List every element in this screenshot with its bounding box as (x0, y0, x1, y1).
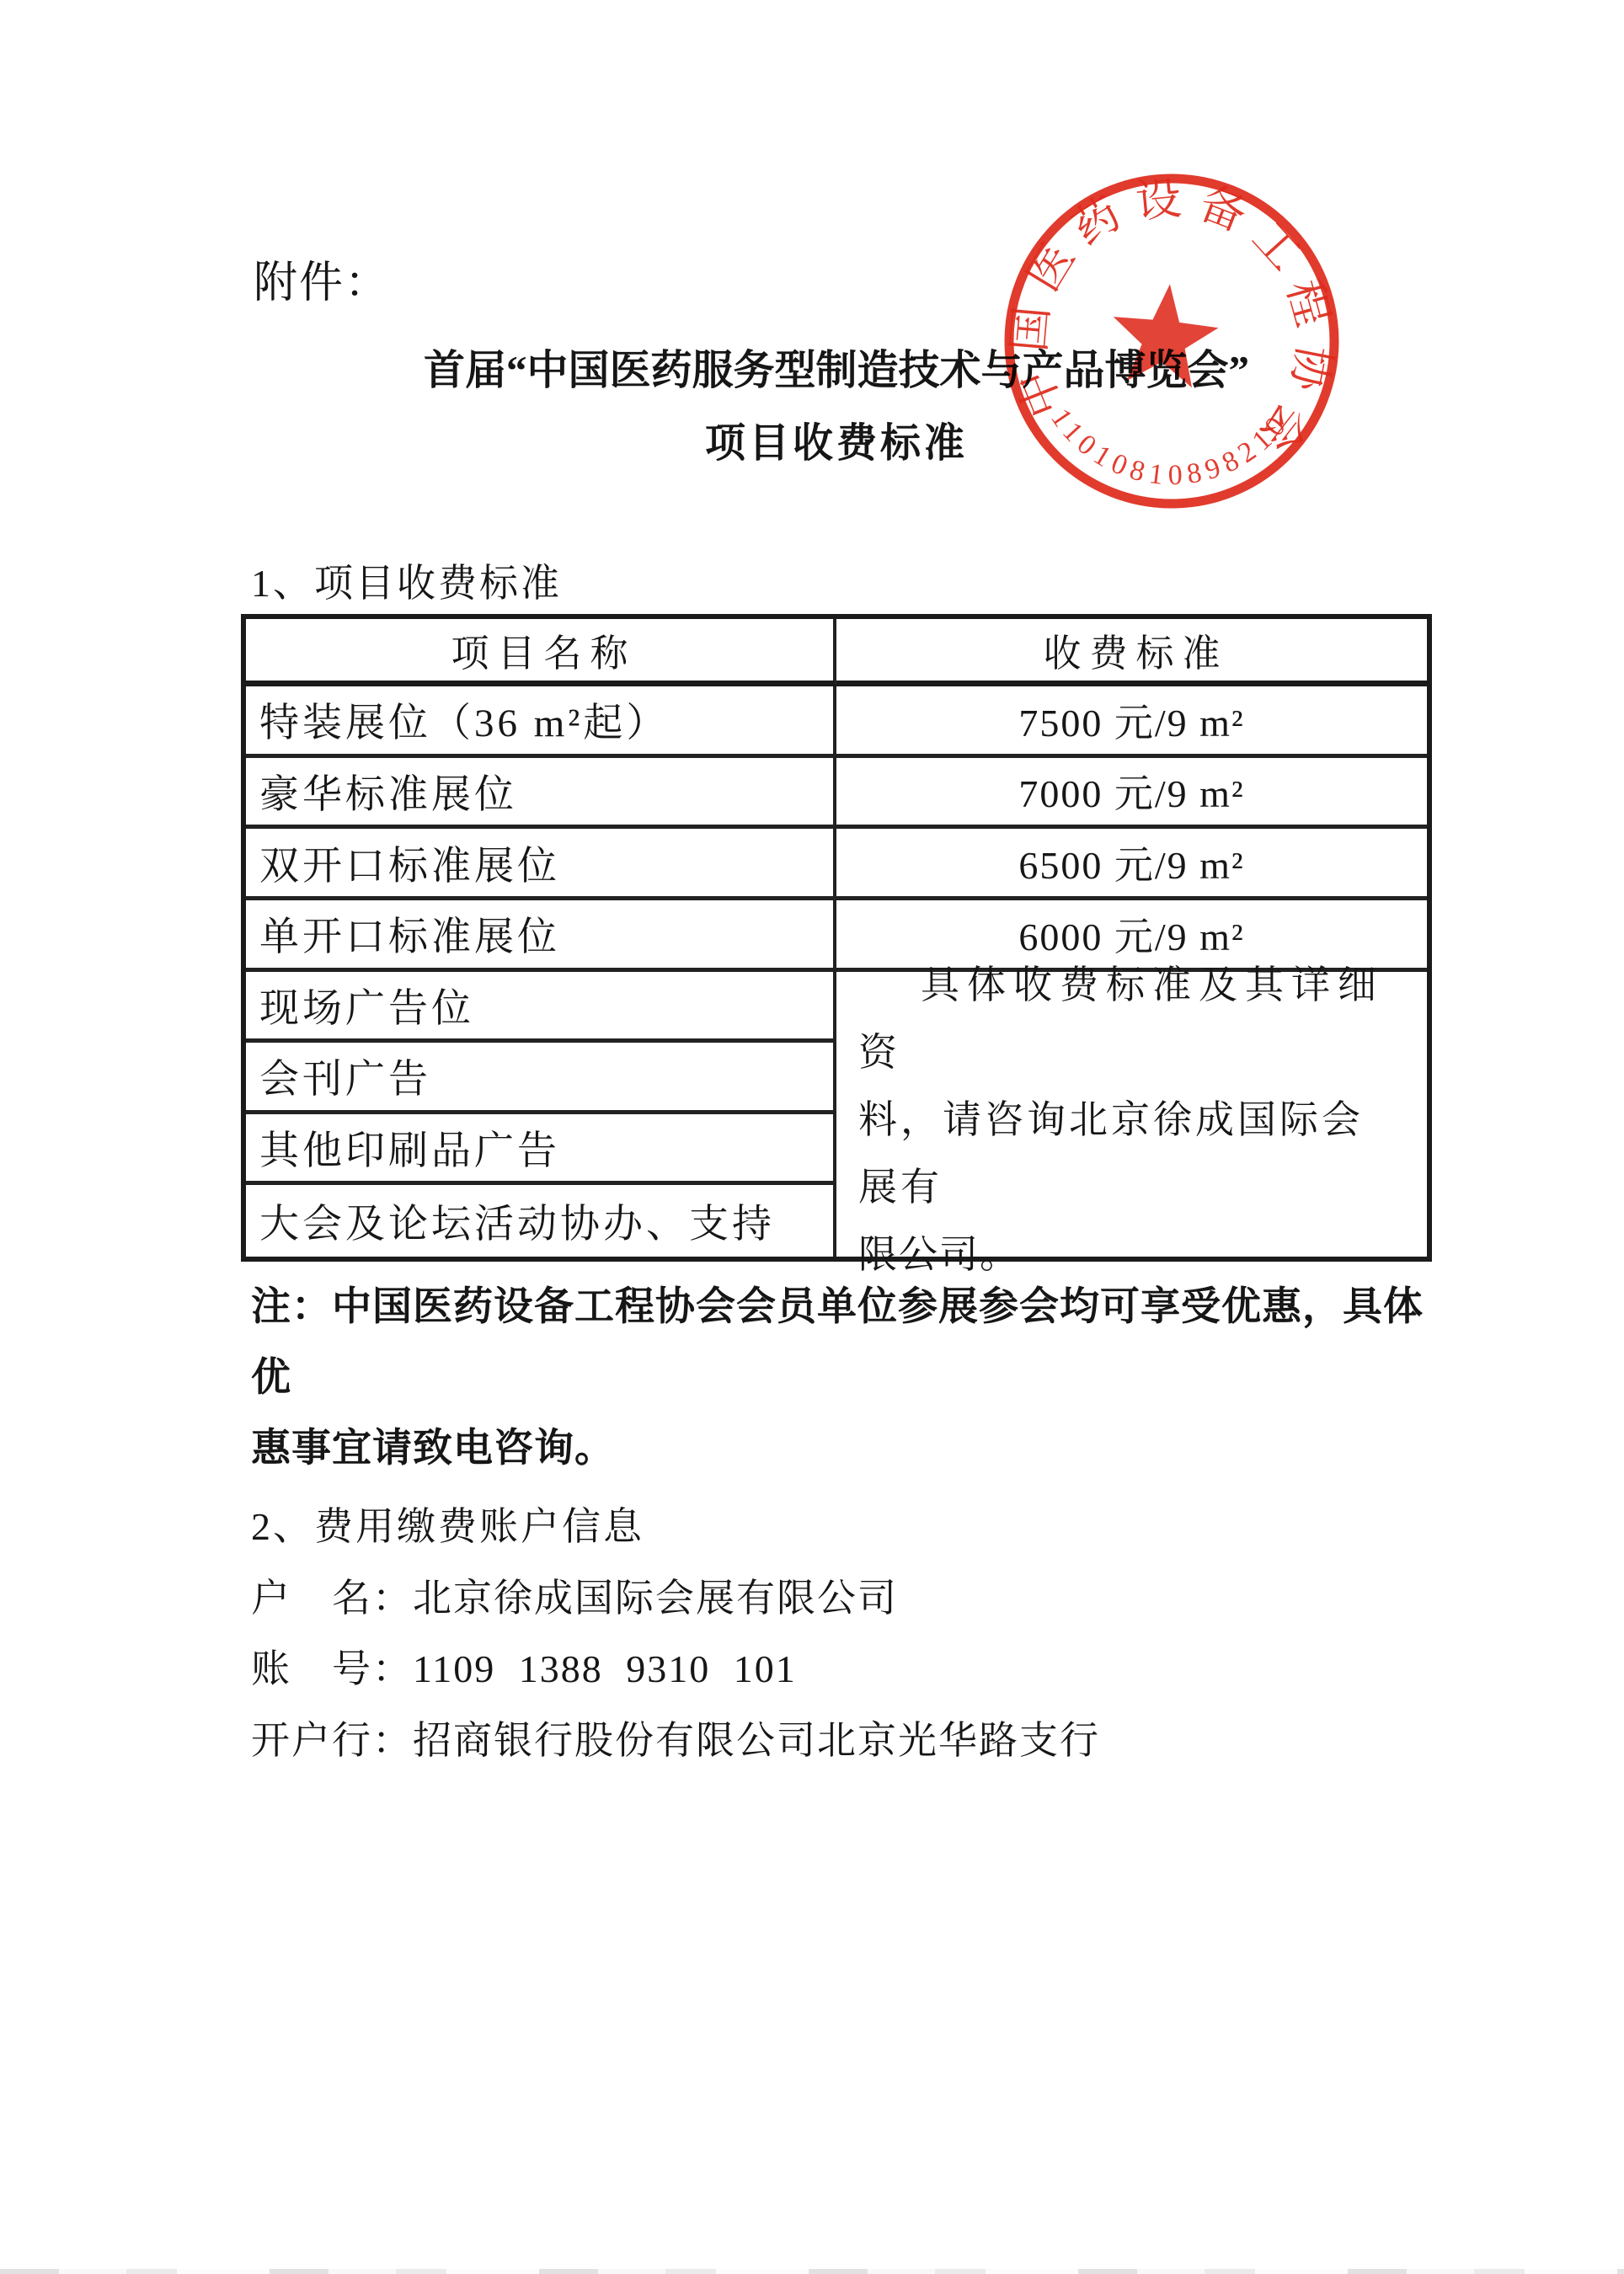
table-row-name: 大会及论坛活动协办、支持 (246, 1185, 836, 1257)
document-subtitle: 项目收费标准 (241, 419, 1432, 468)
table-row-name: 其他印刷品广告 (246, 1114, 836, 1186)
attachment-label: 附件： (254, 257, 390, 311)
scan-artifact (0, 2269, 1624, 2274)
table-row-name: 特装展位（36 m²起） (246, 686, 836, 758)
account-number-line: 账 号：1109 1388 9310 101 (251, 1645, 797, 1694)
table-row-fee: 7000 元/9 m² (836, 758, 1427, 830)
consult-note-line: 具体收费标准及其详细资 (858, 952, 1405, 1086)
fee-table: 项目名称 收费标准 特装展位（36 m²起） 7500 元/9 m² 豪华标准展… (241, 614, 1432, 1262)
document-page: 附件： 首届“中国医药服务型制造技术与产品博览会” 项目收费标准 1、项目收费标… (0, 0, 1624, 2274)
merged-consult-note-cell: 具体收费标准及其详细资 料，请咨询北京徐成国际会展有 限公司。 (836, 972, 1427, 1257)
table-row-name: 单开口标准展位 (246, 900, 836, 972)
table-header-fee-standard: 收费标准 (836, 619, 1427, 686)
note-line: 惠事宜请致电咨询。 (251, 1413, 1447, 1484)
bank-branch-line: 开户行：招商银行股份有限公司北京光华路支行 (251, 1716, 1100, 1765)
document-title: 首届“中国医药服务型制造技术与产品博览会” (241, 345, 1432, 396)
table-row-name: 双开口标准展位 (246, 829, 836, 900)
section2-heading: 2、费用缴费账户信息 (251, 1504, 644, 1550)
seal-ring-text: 中国医药设备工程协会 (1003, 173, 1339, 461)
account-name-line: 户 名：北京徐成国际会展有限公司 (251, 1574, 898, 1623)
table-row-fee: 6500 元/9 m² (836, 829, 1427, 900)
table-row-name: 豪华标准展位 (246, 758, 836, 830)
section1-heading: 1、项目收费标准 (251, 561, 562, 606)
svg-text:中国医药设备工程协会: 中国医药设备工程协会 (1003, 173, 1339, 461)
table-row-name: 会刊广告 (246, 1043, 836, 1114)
consult-note-line: 料，请咨询北京徐成国际会展有 (858, 1086, 1405, 1221)
note-line: 注：中国医药设备工程协会会员单位参展参会均可享受优惠，具体优 (251, 1272, 1447, 1413)
table-row-fee: 7500 元/9 m² (836, 686, 1427, 758)
table-row-name: 现场广告位 (246, 972, 836, 1044)
member-discount-note: 注：中国医药设备工程协会会员单位参展参会均可享受优惠，具体优 惠事宜请致电咨询。 (251, 1272, 1447, 1484)
table-header-project-name: 项目名称 (246, 619, 836, 686)
